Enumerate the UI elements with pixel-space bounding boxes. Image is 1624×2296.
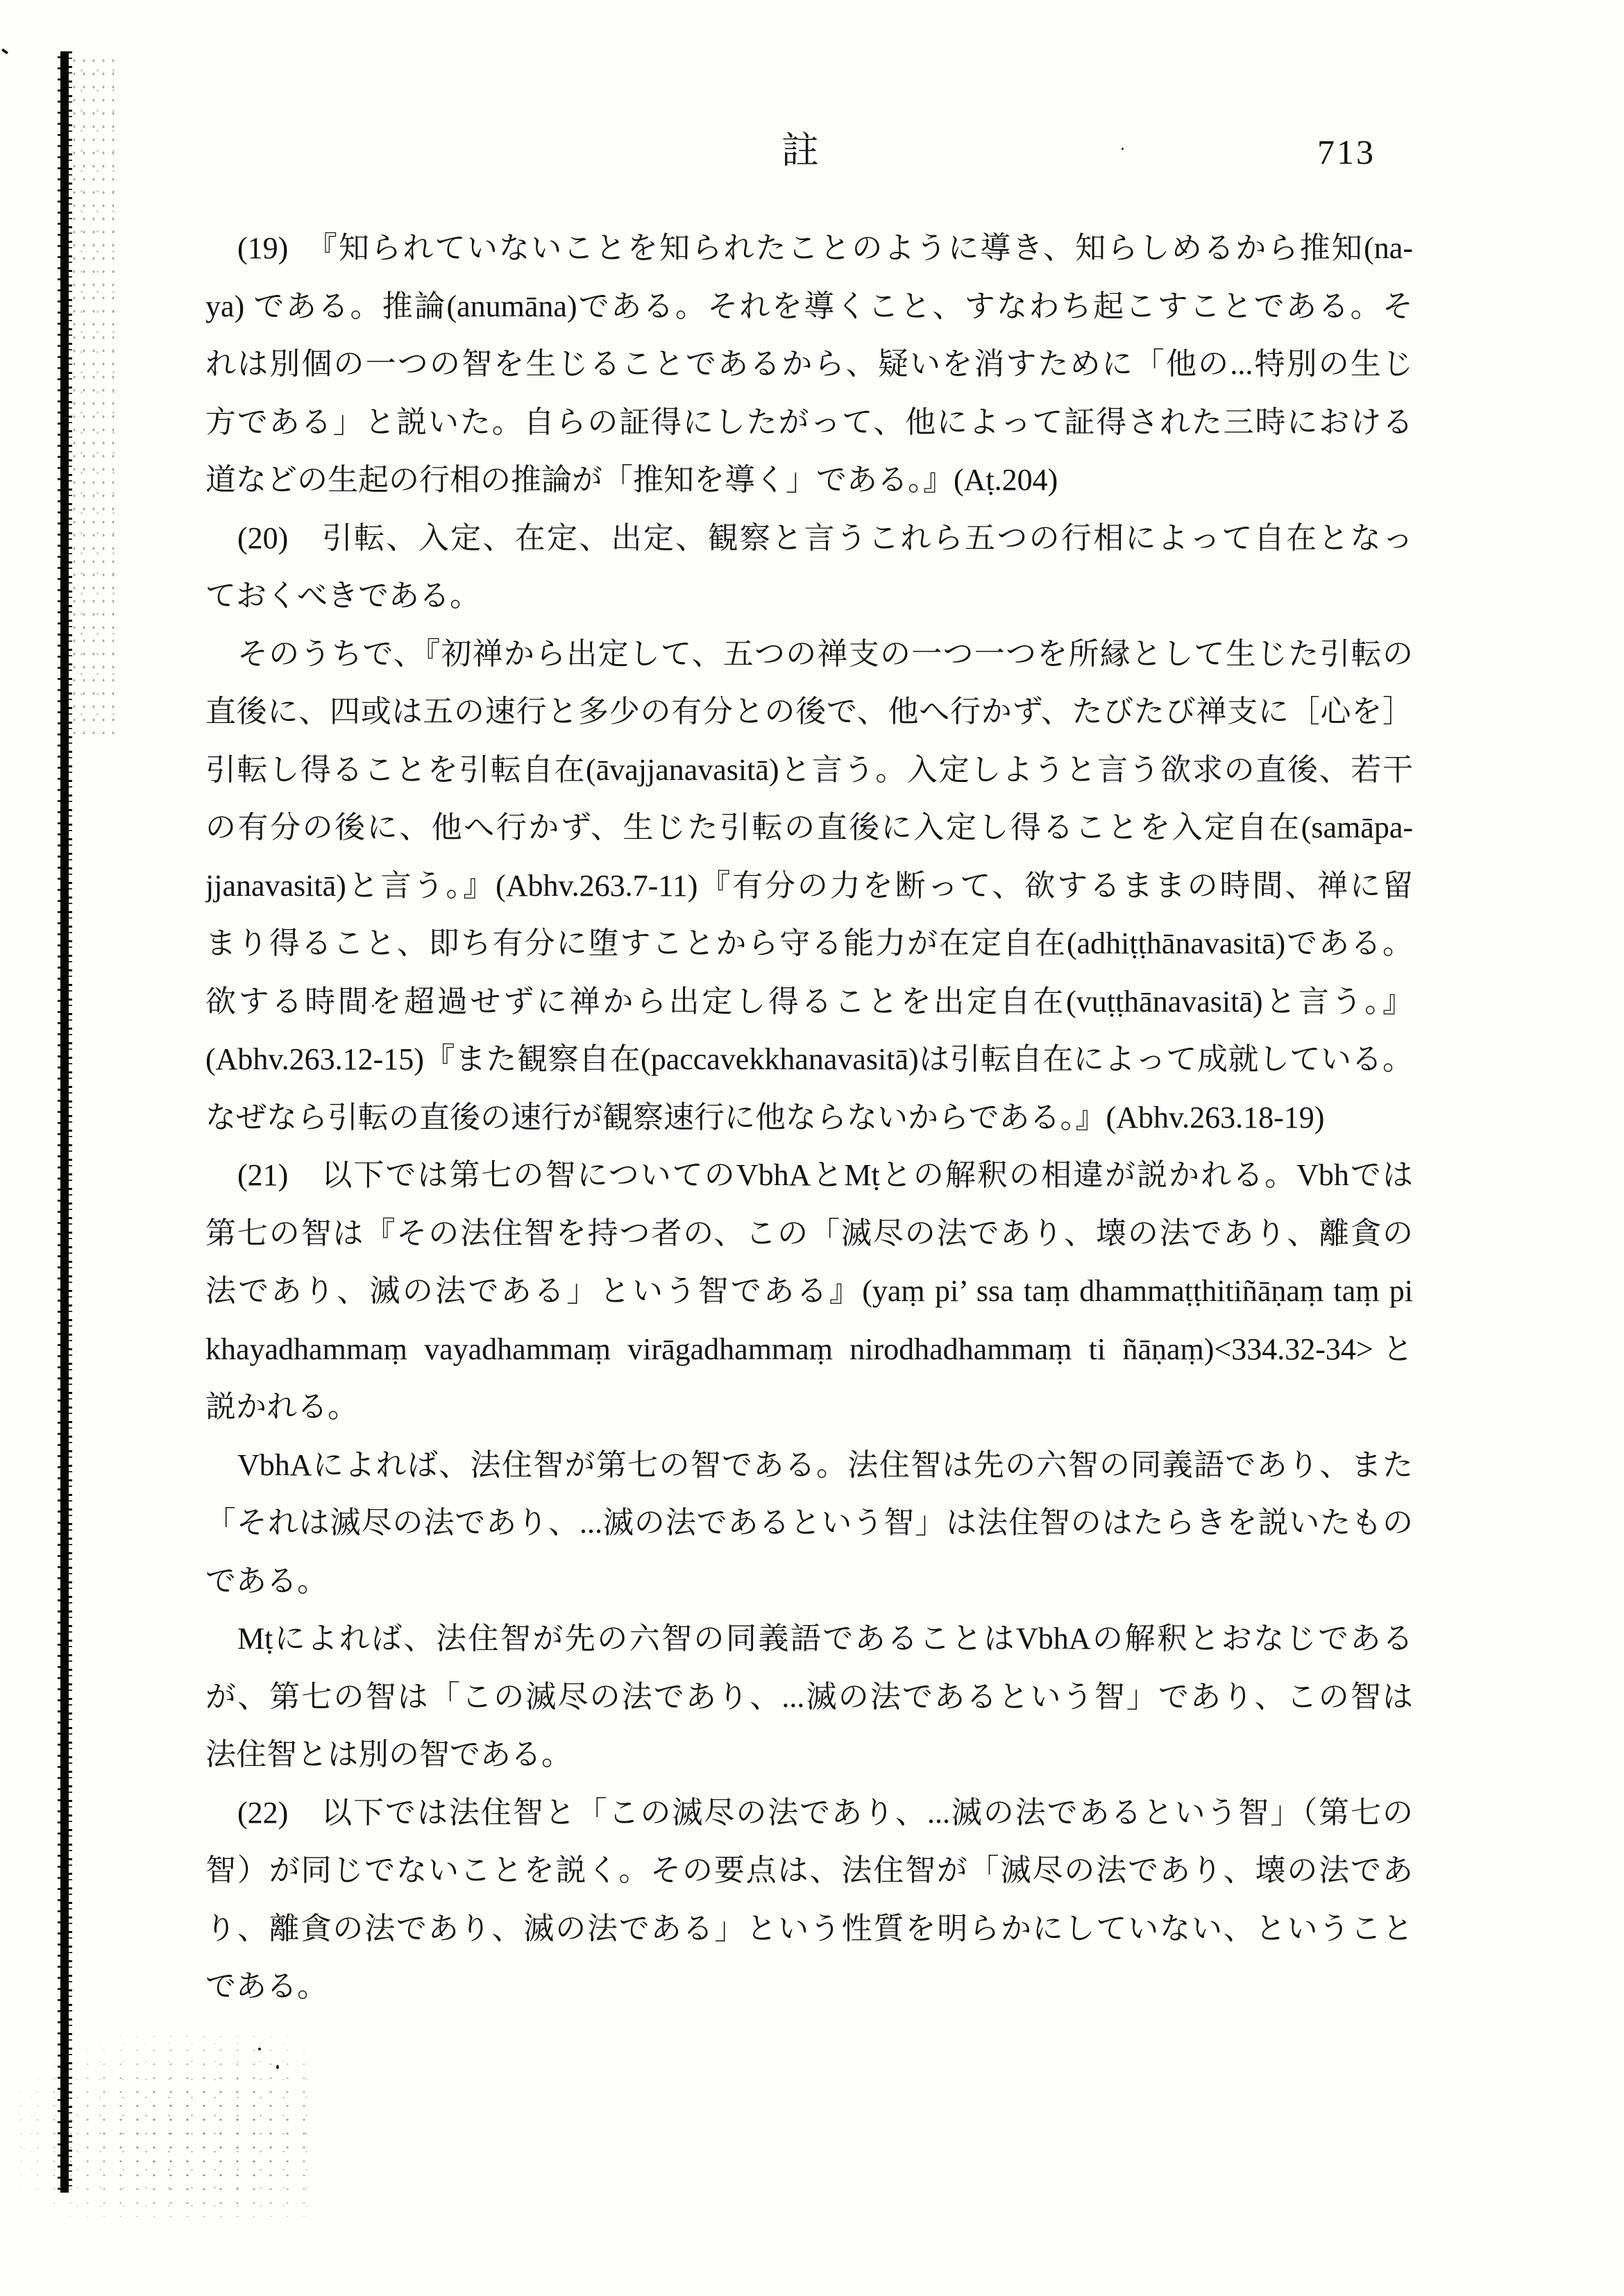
scan-noise-bottom <box>12 2030 318 2217</box>
text-line: の有分の後に、他へ行かず、生じた引転の直後に入定し得ることを入定自在(samāp… <box>205 799 1413 857</box>
text-line: 引転し得ることを引転自在(āvajjanavasitā)と言う。入定しようと言う… <box>205 741 1413 799</box>
text-line: れは別個の一つの智を生じることであるから、疑いを消すために「他の...特別の生じ <box>205 335 1413 393</box>
speck <box>276 2065 279 2069</box>
text-line: 「それは滅尽の法であり、...滅の法であるという智」は法住智のはたらきを説いたも… <box>205 1494 1413 1552</box>
speck <box>1 48 8 54</box>
text-line: り、離貪の法であり、滅の法である」という性質を明らかにしていない、ということ <box>205 1900 1413 1958</box>
text-line: Mṭによれば、法住智が先の六智の同義語であることはVbhAの解釈とおなじである <box>205 1610 1413 1668</box>
text-line: 道などの生起の行相の推論が「推知を導く」である。』(Aṭ.204) <box>205 451 1413 509</box>
text-line: 法であり、滅の法である」という智である』(yaṃ pi’ ssa taṃ dha… <box>205 1262 1413 1320</box>
scanned-page: 註 713 (19) 『知られていないことを知られたことのように導き、知らしめる… <box>0 0 1624 2296</box>
text-line: ておくべきである。 <box>205 567 1413 625</box>
text-line: 第七の智は『その法住智を持つ者の、この「滅尽の法であり、壊の法であり、離貪の <box>205 1205 1413 1263</box>
text-line: である。 <box>205 1552 1413 1610</box>
text-block: (19) 『知られていないことを知られたことのように導き、知らしめるから推知(n… <box>205 219 1413 2016</box>
text-line: が、第七の智は「この滅尽の法であり、...滅の法であるという智」であり、この智は <box>205 1668 1413 1726</box>
speck <box>258 2048 261 2050</box>
text-line: khayadhammaṃ vayadhammaṃ virāgadhammaṃ n… <box>205 1320 1413 1379</box>
text-line: (Abhv.263.12-15)『また観察自在(paccavekkhanavas… <box>205 1030 1413 1089</box>
text-line: 直後に、四或は五の速行と多少の有分との後で、他へ行かず、たびたび禅支に［心を］ <box>205 683 1413 741</box>
page-number: 713 <box>1317 135 1394 169</box>
speck <box>1122 148 1124 150</box>
text-line: である。 <box>205 1957 1413 2016</box>
text-line: 智）が同じでないことを説く。その要点は、法住智が「滅尽の法であり、壊の法であ <box>205 1842 1413 1900</box>
text-line: (19) 『知られていないことを知られたことのように導き、知らしめるから推知(n… <box>205 219 1413 278</box>
scan-noise-top <box>69 54 118 734</box>
text-line: 法住智とは別の智である。 <box>205 1726 1413 1784</box>
text-line: (22) 以下では法住智と「この滅尽の法であり、...滅の法であるという智」（第… <box>205 1784 1413 1842</box>
text-line: 説かれる。 <box>205 1378 1413 1436</box>
text-line: 方である」と説いた。自らの証得にしたがって、他によって証得された三時における <box>205 393 1413 452</box>
text-line: 欲する時間を超過せずに禅から出定し得ることを出定自在(vuṭṭhānavasit… <box>205 973 1413 1031</box>
text-line: (21) 以下では第七の智についてのVbhAとMṭとの解釈の相違が説かれる。Vb… <box>205 1146 1413 1205</box>
scan-binding-band <box>60 51 69 2193</box>
text-line: ya) である。推論(anumāna)である。それを導くこと、すなわち起こすこと… <box>205 278 1413 336</box>
text-line: VbhAによれば、法住智が第七の智である。法住智は先の六智の同義語であり、また <box>205 1436 1413 1495</box>
text-line: jjanavasitā)と言う。』(Abhv.263.7-11)『有分の力を断っ… <box>205 857 1413 915</box>
text-line: そのうちで、『初禅から出定して、五つの禅支の一つ一つを所縁として生じた引転の <box>205 625 1413 683</box>
text-line: (20) 引転、入定、在定、出定、観察と言うこれら五つの行相によって自在となっ <box>205 509 1413 568</box>
running-head-title: 註 <box>766 132 835 169</box>
text-line: なぜなら引転の直後の速行が観察速行に他ならないからである。』(Abhv.263.… <box>205 1089 1413 1147</box>
text-line: まり得ること、即ち有分に堕すことから守る能力が在定自在(adhiṭṭhānava… <box>205 915 1413 973</box>
